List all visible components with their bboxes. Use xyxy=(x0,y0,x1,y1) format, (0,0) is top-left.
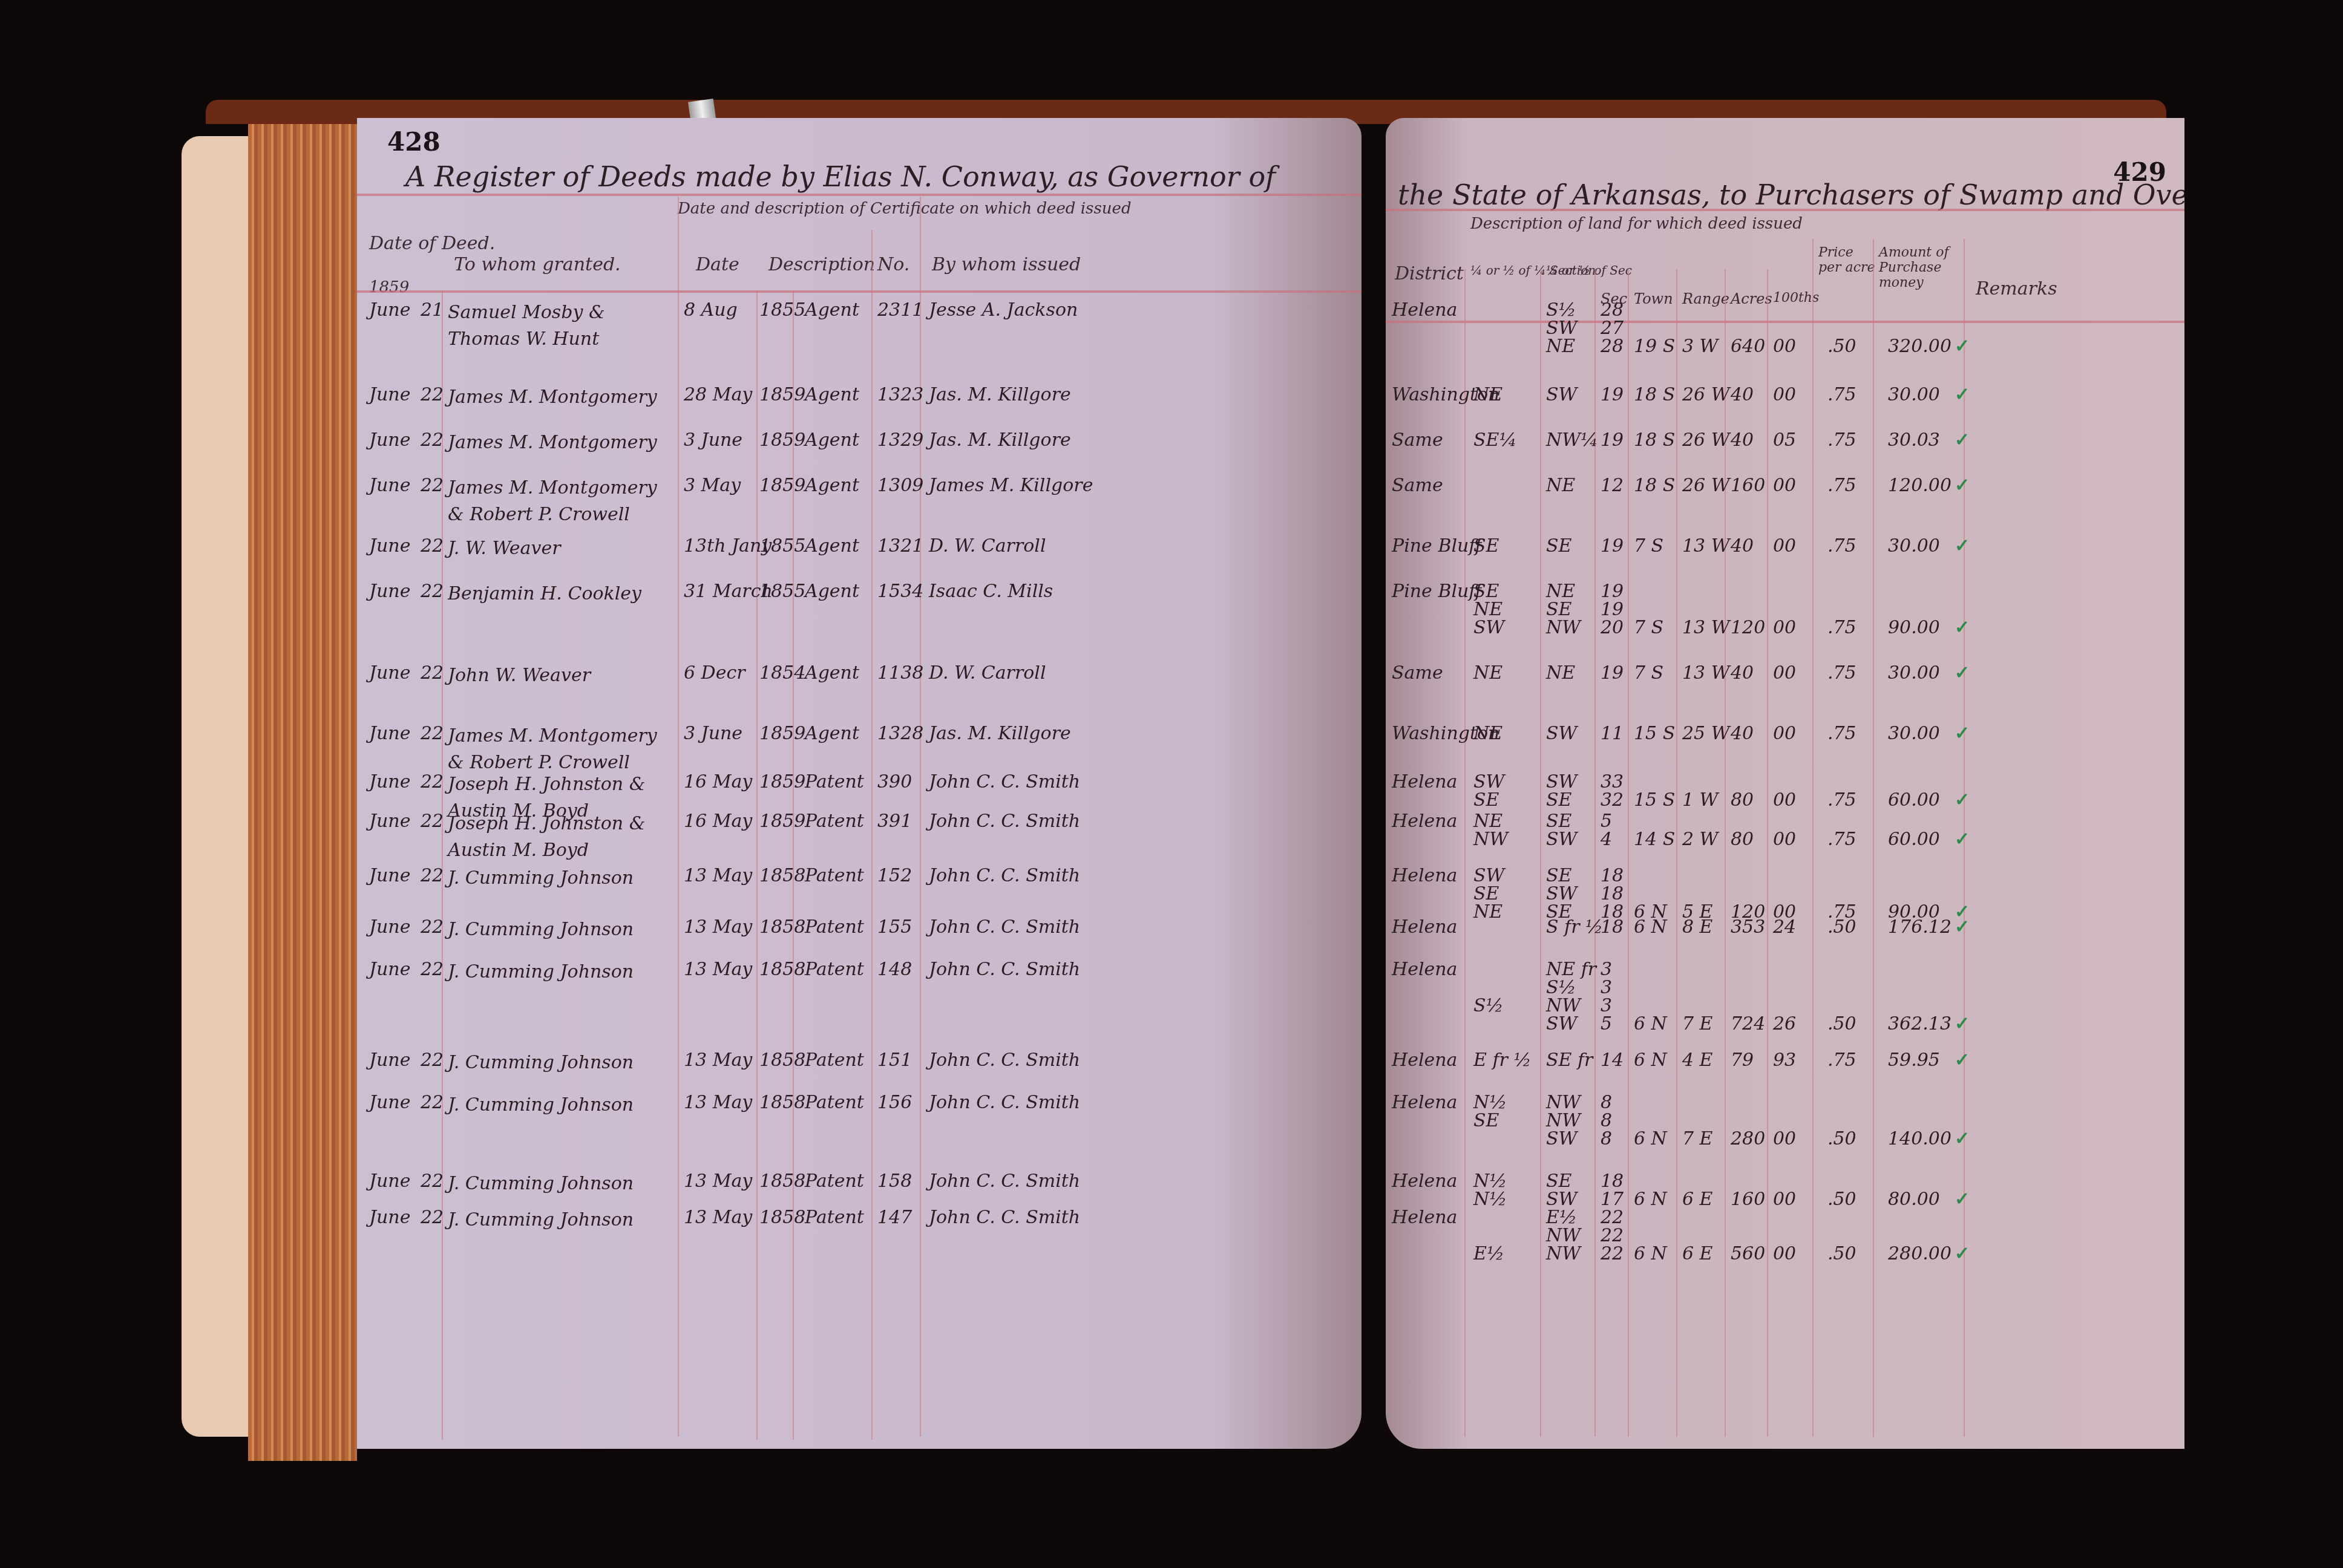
certificate-number: 158 xyxy=(877,1171,912,1192)
certificate-number: 1309 xyxy=(877,475,923,496)
certificate-number: 148 xyxy=(877,959,912,980)
issued-by: John C. C. Smith xyxy=(929,916,1080,938)
acres-hundredths: 00 xyxy=(1773,475,1796,496)
checkmark-icon: ✓ xyxy=(1955,535,1970,557)
deed-month: June xyxy=(369,1050,410,1071)
district: Helena xyxy=(1392,865,1457,886)
acres: 40 xyxy=(1731,723,1754,744)
column-divider xyxy=(756,290,758,1440)
certificate-date: 13 May xyxy=(684,1207,752,1228)
deed-day: 22 xyxy=(421,865,444,886)
township: 18 S xyxy=(1634,430,1675,451)
deed-month: June xyxy=(369,1092,410,1113)
quarter-of-section: NW¼ xyxy=(1546,430,1598,451)
quarter-section: SE¼ xyxy=(1473,430,1517,451)
price-per-acre: .75 xyxy=(1827,1050,1856,1071)
column-divider xyxy=(1812,239,1814,1437)
deed-month: June xyxy=(369,811,410,832)
township: 18 S xyxy=(1634,384,1675,405)
section-number: 18 xyxy=(1601,916,1624,938)
range: 13 W xyxy=(1682,535,1730,557)
ledger-book: 428 A Register of Deeds made by Elias N.… xyxy=(182,100,2178,1467)
deed-day: 22 xyxy=(421,535,444,557)
certificate-year: 1859 xyxy=(759,771,805,792)
column-divider xyxy=(920,197,921,1437)
certificate-year: 1859 xyxy=(759,723,805,744)
price-per-acre: .50 xyxy=(1827,1189,1856,1210)
certificate-description: Agent xyxy=(805,475,859,496)
purchase-money: 60.00 xyxy=(1888,789,1940,811)
price-per-acre: .75 xyxy=(1827,384,1856,405)
district: Helena xyxy=(1392,771,1457,792)
certificate-number: 1534 xyxy=(877,581,923,602)
acres-hundredths: 00 xyxy=(1773,829,1796,850)
township: 7 S xyxy=(1634,662,1663,684)
column-divider xyxy=(678,197,679,1437)
deed-month: June xyxy=(369,299,410,321)
purchase-money: 30.00 xyxy=(1888,723,1940,744)
checkmark-icon: ✓ xyxy=(1955,617,1970,638)
certificate-description: Patent xyxy=(805,865,864,886)
quarter-of-section: SE fr xyxy=(1546,1050,1593,1071)
checkmark-icon: ✓ xyxy=(1955,829,1970,850)
grantee: Samuel Mosby & Thomas W. Hunt xyxy=(448,299,672,353)
header-by-whom-issued: By whom issued xyxy=(932,254,1081,275)
checkmark-icon: ✓ xyxy=(1955,1128,1970,1149)
ruled-line xyxy=(1386,321,2184,323)
price-per-acre: .50 xyxy=(1827,1243,1856,1264)
certificate-number: 155 xyxy=(877,916,912,938)
column-divider xyxy=(1676,269,1677,1437)
certificate-description: Agent xyxy=(805,535,859,557)
purchase-money: 80.00 xyxy=(1888,1189,1940,1210)
acres: 160 xyxy=(1731,1189,1765,1210)
acres-hundredths: 00 xyxy=(1773,336,1796,357)
page-number: 428 xyxy=(387,127,441,157)
district: Helena xyxy=(1392,1207,1457,1228)
certificate-date: 8 Aug xyxy=(684,299,738,321)
deed-day: 22 xyxy=(421,1092,444,1113)
range: 26 W xyxy=(1682,430,1730,451)
issued-by: John C. C. Smith xyxy=(929,959,1080,980)
ruled-line xyxy=(357,194,1362,196)
checkmark-icon: ✓ xyxy=(1955,916,1970,938)
quarter-of-section: NW xyxy=(1546,1243,1581,1264)
certificate-year: 1858 xyxy=(759,1207,805,1228)
deed-day: 22 xyxy=(421,430,444,451)
checkmark-icon: ✓ xyxy=(1955,1243,1970,1264)
quarter-of-section: SE xyxy=(1546,789,1571,811)
certificate-description: Agent xyxy=(805,581,859,602)
acres: 724 xyxy=(1731,1013,1765,1034)
certificate-year: 1858 xyxy=(759,959,805,980)
range: 3 W xyxy=(1682,336,1718,357)
range: 13 W xyxy=(1682,662,1730,684)
issued-by: D. W. Carroll xyxy=(929,662,1046,684)
issued-by: Isaac C. Mills xyxy=(929,581,1053,602)
quarter-section: NE xyxy=(1473,723,1502,744)
quarter-of-section: SW xyxy=(1546,723,1577,744)
grantee: J. Cumming Johnson xyxy=(448,1050,672,1076)
grantee: James M. Montgomery & Robert P. Crowell xyxy=(448,475,672,528)
purchase-money: 280.00 xyxy=(1888,1243,1951,1264)
quarter-of-section: SW xyxy=(1546,829,1577,850)
quarter-section: SW xyxy=(1473,617,1504,638)
acres: 80 xyxy=(1731,829,1754,850)
quarter-section: SE xyxy=(1473,789,1499,811)
column-divider xyxy=(1464,269,1466,1437)
deed-month: June xyxy=(369,475,410,496)
quarter-section: SE xyxy=(1473,535,1499,557)
left-page: 428 A Register of Deeds made by Elias N.… xyxy=(357,118,1362,1449)
certificate-date: 16 May xyxy=(684,811,752,832)
section-number: 5 xyxy=(1601,1013,1612,1034)
section-number: 8 xyxy=(1601,1128,1612,1149)
grantee: James M. Montgomery xyxy=(448,384,672,411)
township: 15 S xyxy=(1634,789,1675,811)
acres: 80 xyxy=(1731,789,1754,811)
deed-month: June xyxy=(369,662,410,684)
certificate-date: 13 May xyxy=(684,959,752,980)
price-per-acre: .75 xyxy=(1827,723,1856,744)
purchase-money: 30.03 xyxy=(1888,430,1940,451)
page-title: A Register of Deeds made by Elias N. Con… xyxy=(405,160,1276,193)
certificate-description: Agent xyxy=(805,384,859,405)
district: Same xyxy=(1392,662,1443,684)
grantee: J. W. Weaver xyxy=(448,535,672,562)
header-land-group: Description of land for which deed issue… xyxy=(1470,215,1803,233)
price-per-acre: .75 xyxy=(1827,829,1856,850)
deed-day: 22 xyxy=(421,1050,444,1071)
grantee: J. Cumming Johnson xyxy=(448,959,672,985)
certificate-number: 390 xyxy=(877,771,912,792)
issued-by: John C. C. Smith xyxy=(929,771,1080,792)
purchase-money: 320.00 xyxy=(1888,336,1951,357)
checkmark-icon: ✓ xyxy=(1955,336,1970,357)
issued-by: John C. C. Smith xyxy=(929,1092,1080,1113)
deed-day: 22 xyxy=(421,475,444,496)
township: 6 N xyxy=(1634,1013,1667,1034)
certificate-year: 1858 xyxy=(759,916,805,938)
certificate-year: 1859 xyxy=(759,811,805,832)
township: 19 S xyxy=(1634,336,1675,357)
price-per-acre: .50 xyxy=(1827,336,1856,357)
certificate-description: Patent xyxy=(805,771,864,792)
acres: 40 xyxy=(1731,535,1754,557)
township: 6 N xyxy=(1634,1128,1667,1149)
certificate-number: 152 xyxy=(877,865,912,886)
district: Same xyxy=(1392,430,1443,451)
deed-day: 21 xyxy=(421,299,444,321)
header-date-of-deed: Date of Deed. xyxy=(369,233,495,254)
range: 1 W xyxy=(1682,789,1718,811)
district: Same xyxy=(1392,475,1443,496)
deed-month: June xyxy=(369,1171,410,1192)
district: Helena xyxy=(1392,916,1457,938)
issued-by: James M. Killgore xyxy=(929,475,1093,496)
acres: 120 xyxy=(1731,617,1765,638)
district: Pine Bluff xyxy=(1392,581,1482,602)
issued-by: Jas. M. Killgore xyxy=(929,430,1071,451)
township: 14 S xyxy=(1634,829,1675,850)
range: 26 W xyxy=(1682,475,1730,496)
certificate-year: 1854 xyxy=(759,662,805,684)
purchase-money: 59.95 xyxy=(1888,1050,1940,1071)
price-per-acre: .75 xyxy=(1827,617,1856,638)
grantee: James M. Montgomery xyxy=(448,430,672,456)
certificate-date: 3 June xyxy=(684,430,742,451)
certificate-date: 13th Jany xyxy=(684,535,772,557)
acres-hundredths: 00 xyxy=(1773,789,1796,811)
grantee: J. Cumming Johnson xyxy=(448,1171,672,1197)
purchase-money: 30.00 xyxy=(1888,535,1940,557)
header-certificate-group: Date and description of Certificate on w… xyxy=(678,200,1132,218)
deed-month: June xyxy=(369,581,410,602)
deed-day: 22 xyxy=(421,811,444,832)
range: 26 W xyxy=(1682,384,1730,405)
checkmark-icon: ✓ xyxy=(1955,1189,1970,1210)
ruled-line xyxy=(1386,209,2184,211)
certificate-description: Patent xyxy=(805,1050,864,1071)
column-divider xyxy=(1873,239,1874,1437)
quarter-section: SE xyxy=(1473,1110,1499,1131)
certificate-description: Agent xyxy=(805,662,859,684)
quarter-section: E½ xyxy=(1473,1243,1504,1264)
section-number: 22 xyxy=(1601,1243,1624,1264)
deed-day: 22 xyxy=(421,723,444,744)
quarter-section: NE xyxy=(1473,901,1502,923)
acres-hundredths: 00 xyxy=(1773,723,1796,744)
header-purchase-money: Amount of Purchase money xyxy=(1879,245,1951,290)
certificate-year: 1858 xyxy=(759,865,805,886)
grantee: J. Cumming Johnson xyxy=(448,865,672,892)
certificate-description: Patent xyxy=(805,1207,864,1228)
grantee: J. Cumming Johnson xyxy=(448,1092,672,1119)
quarter-section: NW xyxy=(1473,829,1508,850)
checkmark-icon: ✓ xyxy=(1955,475,1970,496)
deed-month: June xyxy=(369,771,410,792)
purchase-money: 362.13 xyxy=(1888,1013,1951,1034)
deed-month: June xyxy=(369,959,410,980)
issued-by: John C. C. Smith xyxy=(929,1207,1080,1228)
certificate-number: 1323 xyxy=(877,384,923,405)
grantee: Benjamin H. Cookley xyxy=(448,581,672,607)
acres-hundredths: 00 xyxy=(1773,662,1796,684)
range: 4 E xyxy=(1682,1050,1713,1071)
deed-day: 22 xyxy=(421,959,444,980)
column-divider xyxy=(1767,269,1768,1437)
header-price-per-acre: Price per acre xyxy=(1818,245,1876,275)
deed-month: June xyxy=(369,430,410,451)
acres-hundredths: 00 xyxy=(1773,384,1796,405)
price-per-acre: .50 xyxy=(1827,1013,1856,1034)
deed-day: 22 xyxy=(421,1207,444,1228)
range: 6 E xyxy=(1682,1189,1713,1210)
district: Helena xyxy=(1392,959,1457,980)
acres-hundredths: 05 xyxy=(1773,430,1796,451)
certificate-description: Patent xyxy=(805,811,864,832)
acres-hundredths: 24 xyxy=(1773,916,1796,938)
page-fore-edge xyxy=(182,136,248,1437)
district: Helena xyxy=(1392,299,1457,321)
quarter-section: E fr ½ xyxy=(1473,1050,1532,1071)
issued-by: John C. C. Smith xyxy=(929,1171,1080,1192)
purchase-money: 60.00 xyxy=(1888,829,1940,850)
acres-hundredths: 00 xyxy=(1773,617,1796,638)
quarter-section: NE xyxy=(1473,384,1502,405)
quarter-of-section: SW xyxy=(1546,1013,1577,1034)
acres-hundredths: 00 xyxy=(1773,1243,1796,1264)
certificate-description: Patent xyxy=(805,959,864,980)
acres-hundredths: 26 xyxy=(1773,1013,1796,1034)
township: 15 S xyxy=(1634,723,1675,744)
section-number: 20 xyxy=(1601,617,1624,638)
acres: 640 xyxy=(1731,336,1765,357)
issued-by: John C. C. Smith xyxy=(929,811,1080,832)
district: Helena xyxy=(1392,811,1457,832)
page-stack xyxy=(248,124,357,1461)
range: 6 E xyxy=(1682,1243,1713,1264)
deed-day: 22 xyxy=(421,384,444,405)
township: 6 N xyxy=(1634,1243,1667,1264)
issued-by: Jas. M. Killgore xyxy=(929,723,1071,744)
header-district: District xyxy=(1395,263,1464,284)
certificate-description: Agent xyxy=(805,723,859,744)
certificate-number: 1138 xyxy=(877,662,923,684)
purchase-money: 90.00 xyxy=(1888,617,1940,638)
quarter-section: N½ xyxy=(1473,1189,1507,1210)
certificate-date: 6 Decr xyxy=(684,662,745,684)
deed-month: June xyxy=(369,916,410,938)
price-per-acre: .75 xyxy=(1827,430,1856,451)
issued-by: John C. C. Smith xyxy=(929,1050,1080,1071)
quarter-of-section: NW xyxy=(1546,617,1581,638)
acres: 79 xyxy=(1731,1050,1754,1071)
ruled-line xyxy=(357,290,1362,293)
township: 6 N xyxy=(1634,1189,1667,1210)
section-number: 12 xyxy=(1601,475,1624,496)
purchase-money: 30.00 xyxy=(1888,662,1940,684)
certificate-year: 1855 xyxy=(759,299,805,321)
acres: 160 xyxy=(1731,475,1765,496)
quarter-of-section: SE xyxy=(1546,535,1571,557)
purchase-money: 140.00 xyxy=(1888,1128,1951,1149)
section-number: 19 xyxy=(1601,662,1624,684)
grantee: James M. Montgomery & Robert P. Crowell xyxy=(448,723,672,776)
header-date: Date xyxy=(696,254,739,275)
quarter-of-section: S fr ½ xyxy=(1546,916,1603,938)
checkmark-icon: ✓ xyxy=(1955,789,1970,811)
deed-day: 22 xyxy=(421,771,444,792)
issued-by: Jesse A. Jackson xyxy=(929,299,1078,321)
certificate-number: 391 xyxy=(877,811,912,832)
deed-month: June xyxy=(369,1207,410,1228)
price-per-acre: .75 xyxy=(1827,475,1856,496)
certificate-date: 28 May xyxy=(684,384,752,405)
certificate-number: 147 xyxy=(877,1207,912,1228)
header-remarks: Remarks xyxy=(1976,278,2057,299)
header-description: Description xyxy=(768,254,875,275)
price-per-acre: .75 xyxy=(1827,535,1856,557)
acres: 40 xyxy=(1731,384,1754,405)
column-divider xyxy=(1540,269,1541,1437)
section-number: 19 xyxy=(1601,384,1624,405)
certificate-date: 13 May xyxy=(684,1171,752,1192)
quarter-of-section: NE xyxy=(1546,662,1575,684)
header-quarter-of-sec: ¼ or ½ of Sec xyxy=(1546,263,1632,278)
issued-by: Jas. M. Killgore xyxy=(929,384,1071,405)
issued-by: D. W. Carroll xyxy=(929,535,1046,557)
deed-month: June xyxy=(369,723,410,744)
certificate-year: 1858 xyxy=(759,1092,805,1113)
deed-day: 22 xyxy=(421,1171,444,1192)
section-number: 28 xyxy=(1601,336,1624,357)
range: 25 W xyxy=(1682,723,1730,744)
certificate-number: 2311 xyxy=(877,299,923,321)
certificate-date: 13 May xyxy=(684,865,752,886)
township: 7 S xyxy=(1634,535,1663,557)
certificate-description: Agent xyxy=(805,430,859,451)
section-number: 14 xyxy=(1601,1050,1624,1071)
district: Pine Bluff xyxy=(1392,535,1482,557)
certificate-date: 13 May xyxy=(684,1050,752,1071)
header-year: 1859 xyxy=(369,278,409,296)
deed-month: June xyxy=(369,535,410,557)
header-to-whom-granted: To whom granted. xyxy=(454,254,621,275)
certificate-year: 1859 xyxy=(759,475,805,496)
acres-hundredths: 00 xyxy=(1773,1128,1796,1149)
quarter-of-section: SW xyxy=(1546,1128,1577,1149)
price-per-acre: .75 xyxy=(1827,662,1856,684)
certificate-year: 1859 xyxy=(759,384,805,405)
section-number: 32 xyxy=(1601,789,1624,811)
certificate-description: Agent xyxy=(805,299,859,321)
acres: 560 xyxy=(1731,1243,1765,1264)
quarter-of-section: SW xyxy=(1546,384,1577,405)
section-number: 4 xyxy=(1601,829,1612,850)
grantee: J. Cumming Johnson xyxy=(448,1207,672,1233)
quarter-of-section: NE xyxy=(1546,336,1575,357)
range: 2 W xyxy=(1682,829,1718,850)
price-per-acre: .50 xyxy=(1827,1128,1856,1149)
grantee: John W. Weaver xyxy=(448,662,672,689)
checkmark-icon: ✓ xyxy=(1955,384,1970,405)
quarter-section: NE xyxy=(1473,662,1502,684)
certificate-year: 1855 xyxy=(759,581,805,602)
column-divider xyxy=(1628,269,1629,1437)
certificate-date: 3 May xyxy=(684,475,741,496)
deed-day: 22 xyxy=(421,916,444,938)
township: 7 S xyxy=(1634,617,1663,638)
acres: 40 xyxy=(1731,430,1754,451)
checkmark-icon: ✓ xyxy=(1955,662,1970,684)
certificate-date: 13 May xyxy=(684,916,752,938)
certificate-number: 1329 xyxy=(877,430,923,451)
section-number: 19 xyxy=(1601,535,1624,557)
acres: 40 xyxy=(1731,662,1754,684)
township: 18 S xyxy=(1634,475,1675,496)
right-page: 429 the State of Arkansas, to Purchasers… xyxy=(1386,118,2184,1449)
certificate-date: 16 May xyxy=(684,771,752,792)
range: 13 W xyxy=(1682,617,1730,638)
certificate-year: 1859 xyxy=(759,430,805,451)
acres-hundredths: 00 xyxy=(1773,1189,1796,1210)
district: Helena xyxy=(1392,1092,1457,1113)
acres: 280 xyxy=(1731,1128,1765,1149)
certificate-year: 1858 xyxy=(759,1050,805,1071)
purchase-money: 120.00 xyxy=(1888,475,1951,496)
grantee: J. Cumming Johnson xyxy=(448,916,672,943)
